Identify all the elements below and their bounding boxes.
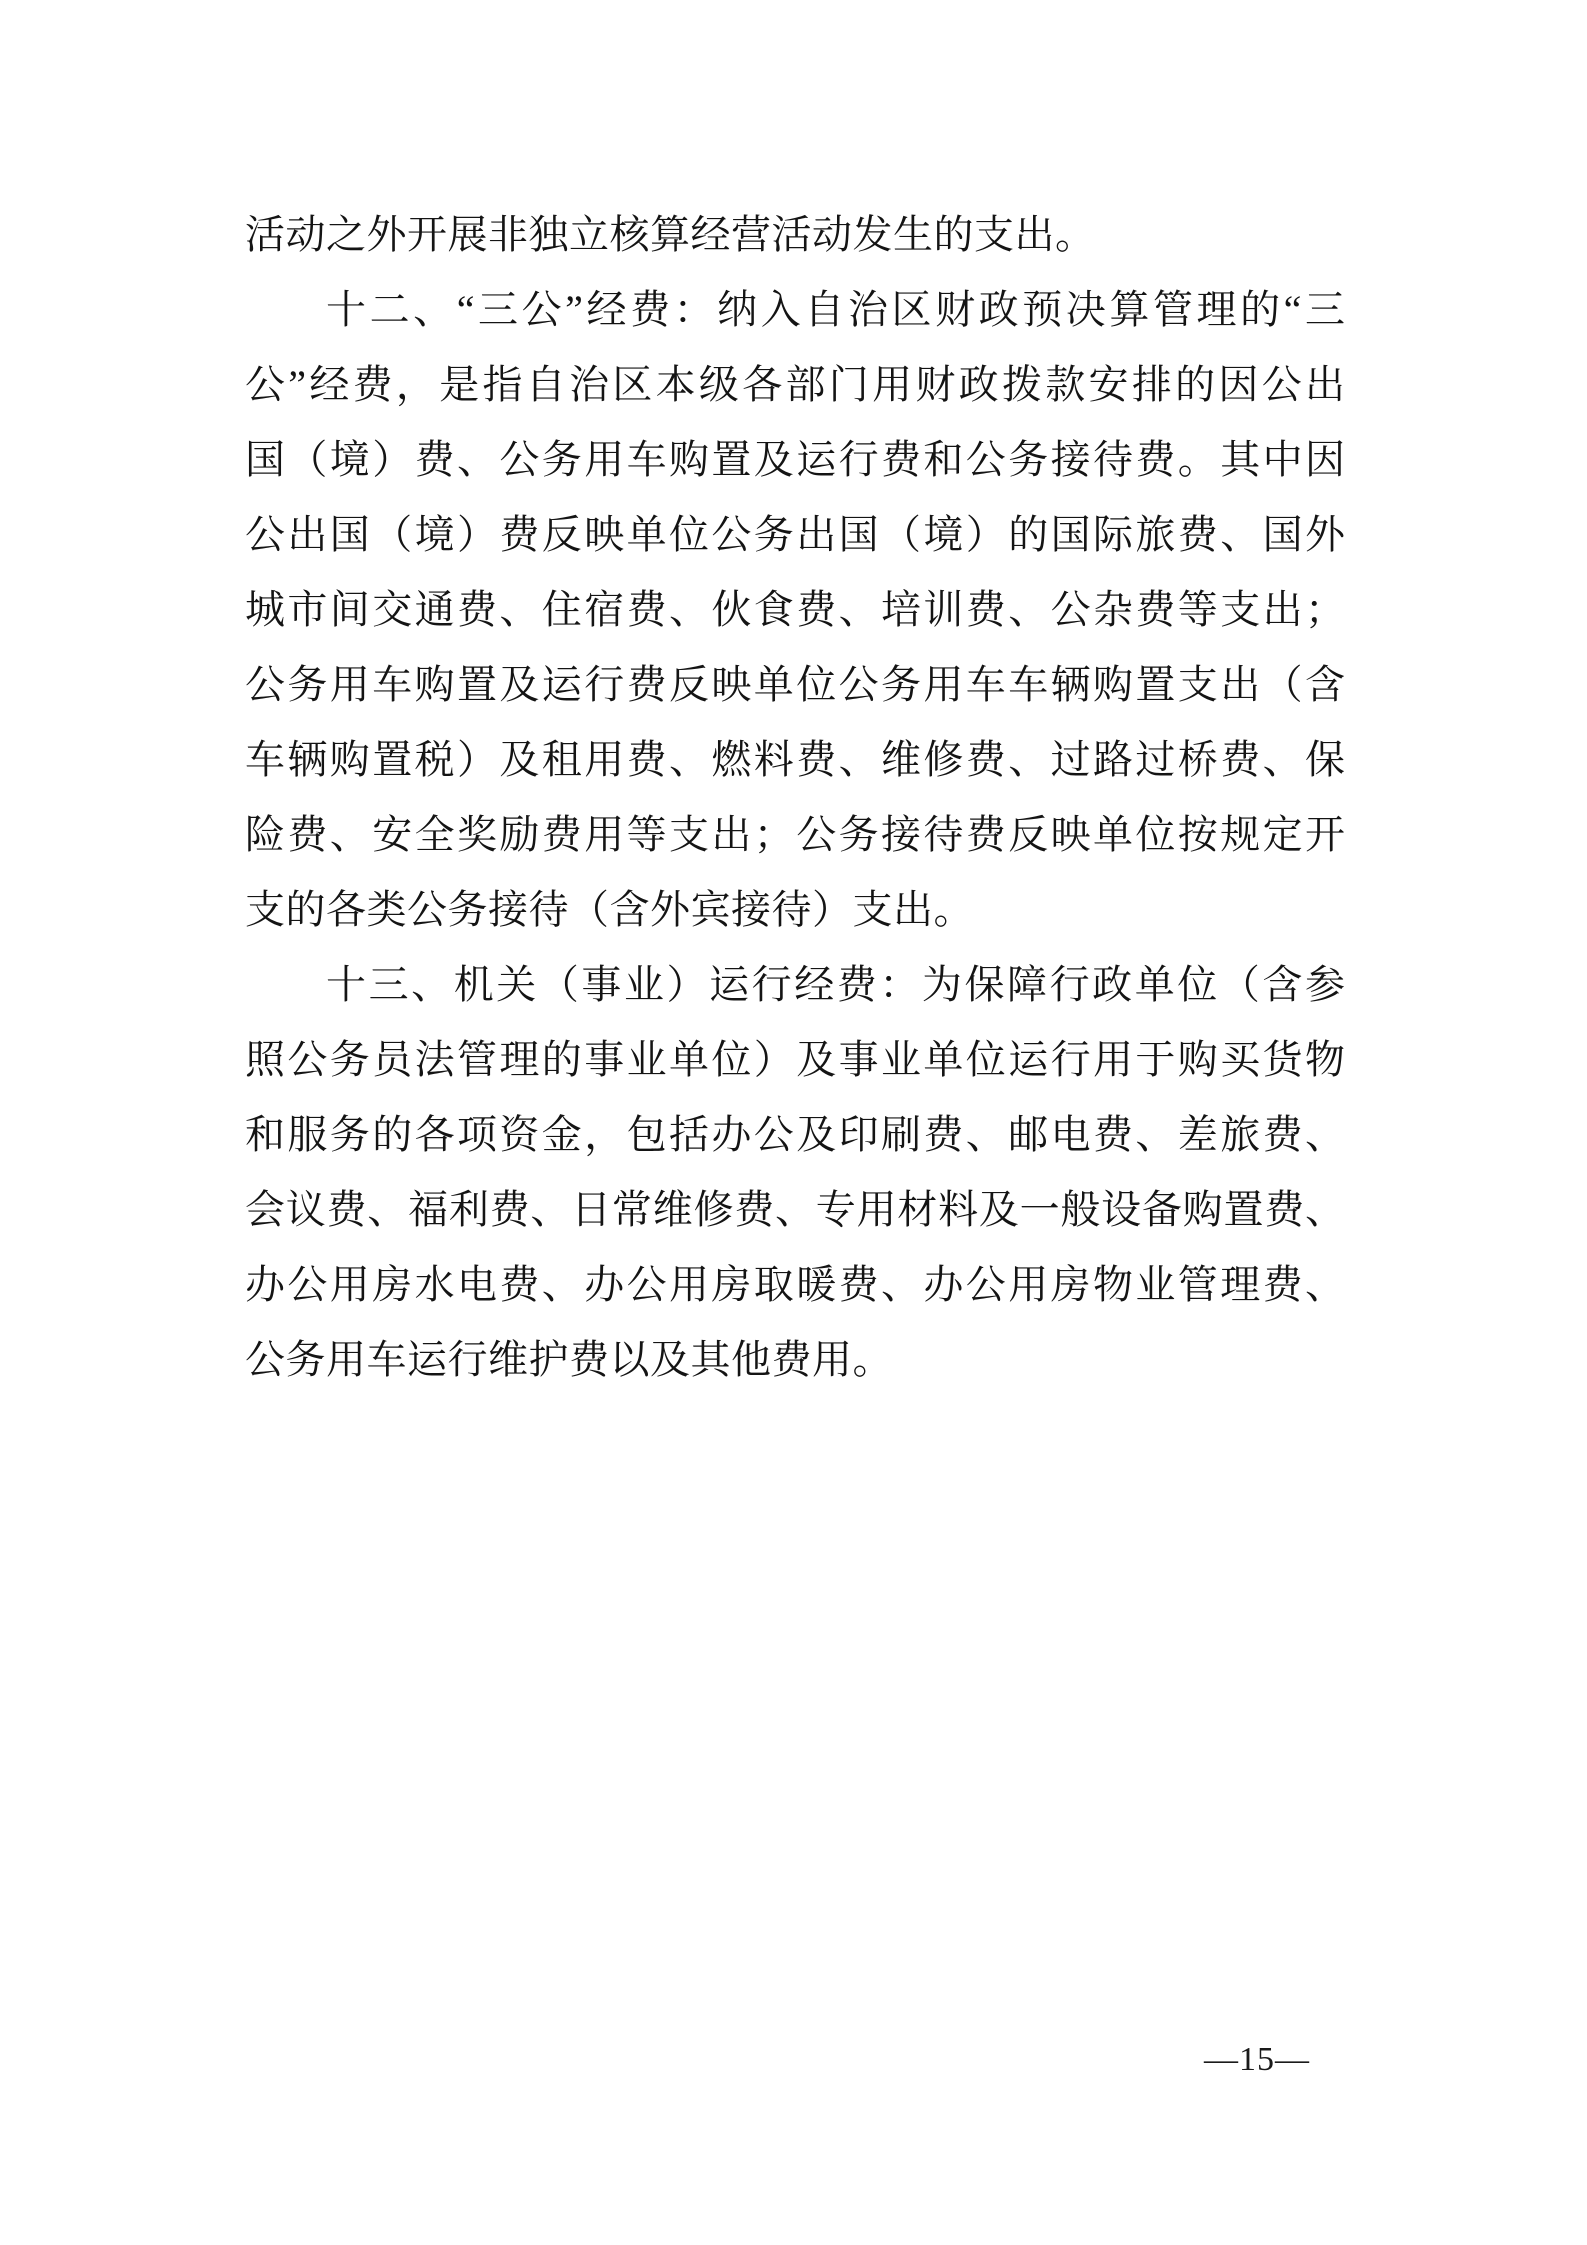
text-line: 十二、“三公”经费：纳入自治区财政预决算管理的“三: [245, 272, 1345, 347]
text-line: 城市间交通费、住宿费、伙食费、培训费、公杂费等支出；: [245, 572, 1345, 647]
text-line: 公出国（境）费反映单位公务出国（境）的国际旅费、国外: [245, 497, 1345, 572]
text-line: 公务用车运行维护费以及其他费用。: [245, 1322, 1345, 1397]
text-block: 活动之外开展非独立核算经营活动发生的支出。 十二、“三公”经费：纳入自治区财政预…: [245, 197, 1345, 1397]
page-number: —15—: [1204, 2040, 1310, 2080]
text-line: 办公用房水电费、办公用房取暖费、办公用房物业管理费、: [245, 1247, 1345, 1322]
text-line: 公”经费，是指自治区本级各部门用财政拨款安排的因公出: [245, 347, 1345, 422]
text-line: 照公务员法管理的事业单位）及事业单位运行用于购买货物: [245, 1022, 1345, 1097]
text-line: 险费、安全奖励费用等支出；公务接待费反映单位按规定开: [245, 797, 1345, 872]
text-line: 会议费、福利费、日常维修费、专用材料及一般设备购置费、: [245, 1172, 1345, 1247]
text-line: 支的各类公务接待（含外宾接待）支出。: [245, 872, 1345, 947]
text-line: 公务用车购置及运行费反映单位公务用车车辆购置支出（含: [245, 647, 1345, 722]
text-line: 活动之外开展非独立核算经营活动发生的支出。: [245, 197, 1345, 272]
text-line: 十三、机关（事业）运行经费：为保障行政单位（含参: [245, 947, 1345, 1022]
text-line: 国（境）费、公务用车购置及运行费和公务接待费。其中因: [245, 422, 1345, 497]
text-line: 和服务的各项资金，包括办公及印刷费、邮电费、差旅费、: [245, 1097, 1345, 1172]
text-line: 车辆购置税）及租用费、燃料费、维修费、过路过桥费、保: [245, 722, 1345, 797]
document-page: 活动之外开展非独立核算经营活动发生的支出。 十二、“三公”经费：纳入自治区财政预…: [0, 0, 1587, 2245]
